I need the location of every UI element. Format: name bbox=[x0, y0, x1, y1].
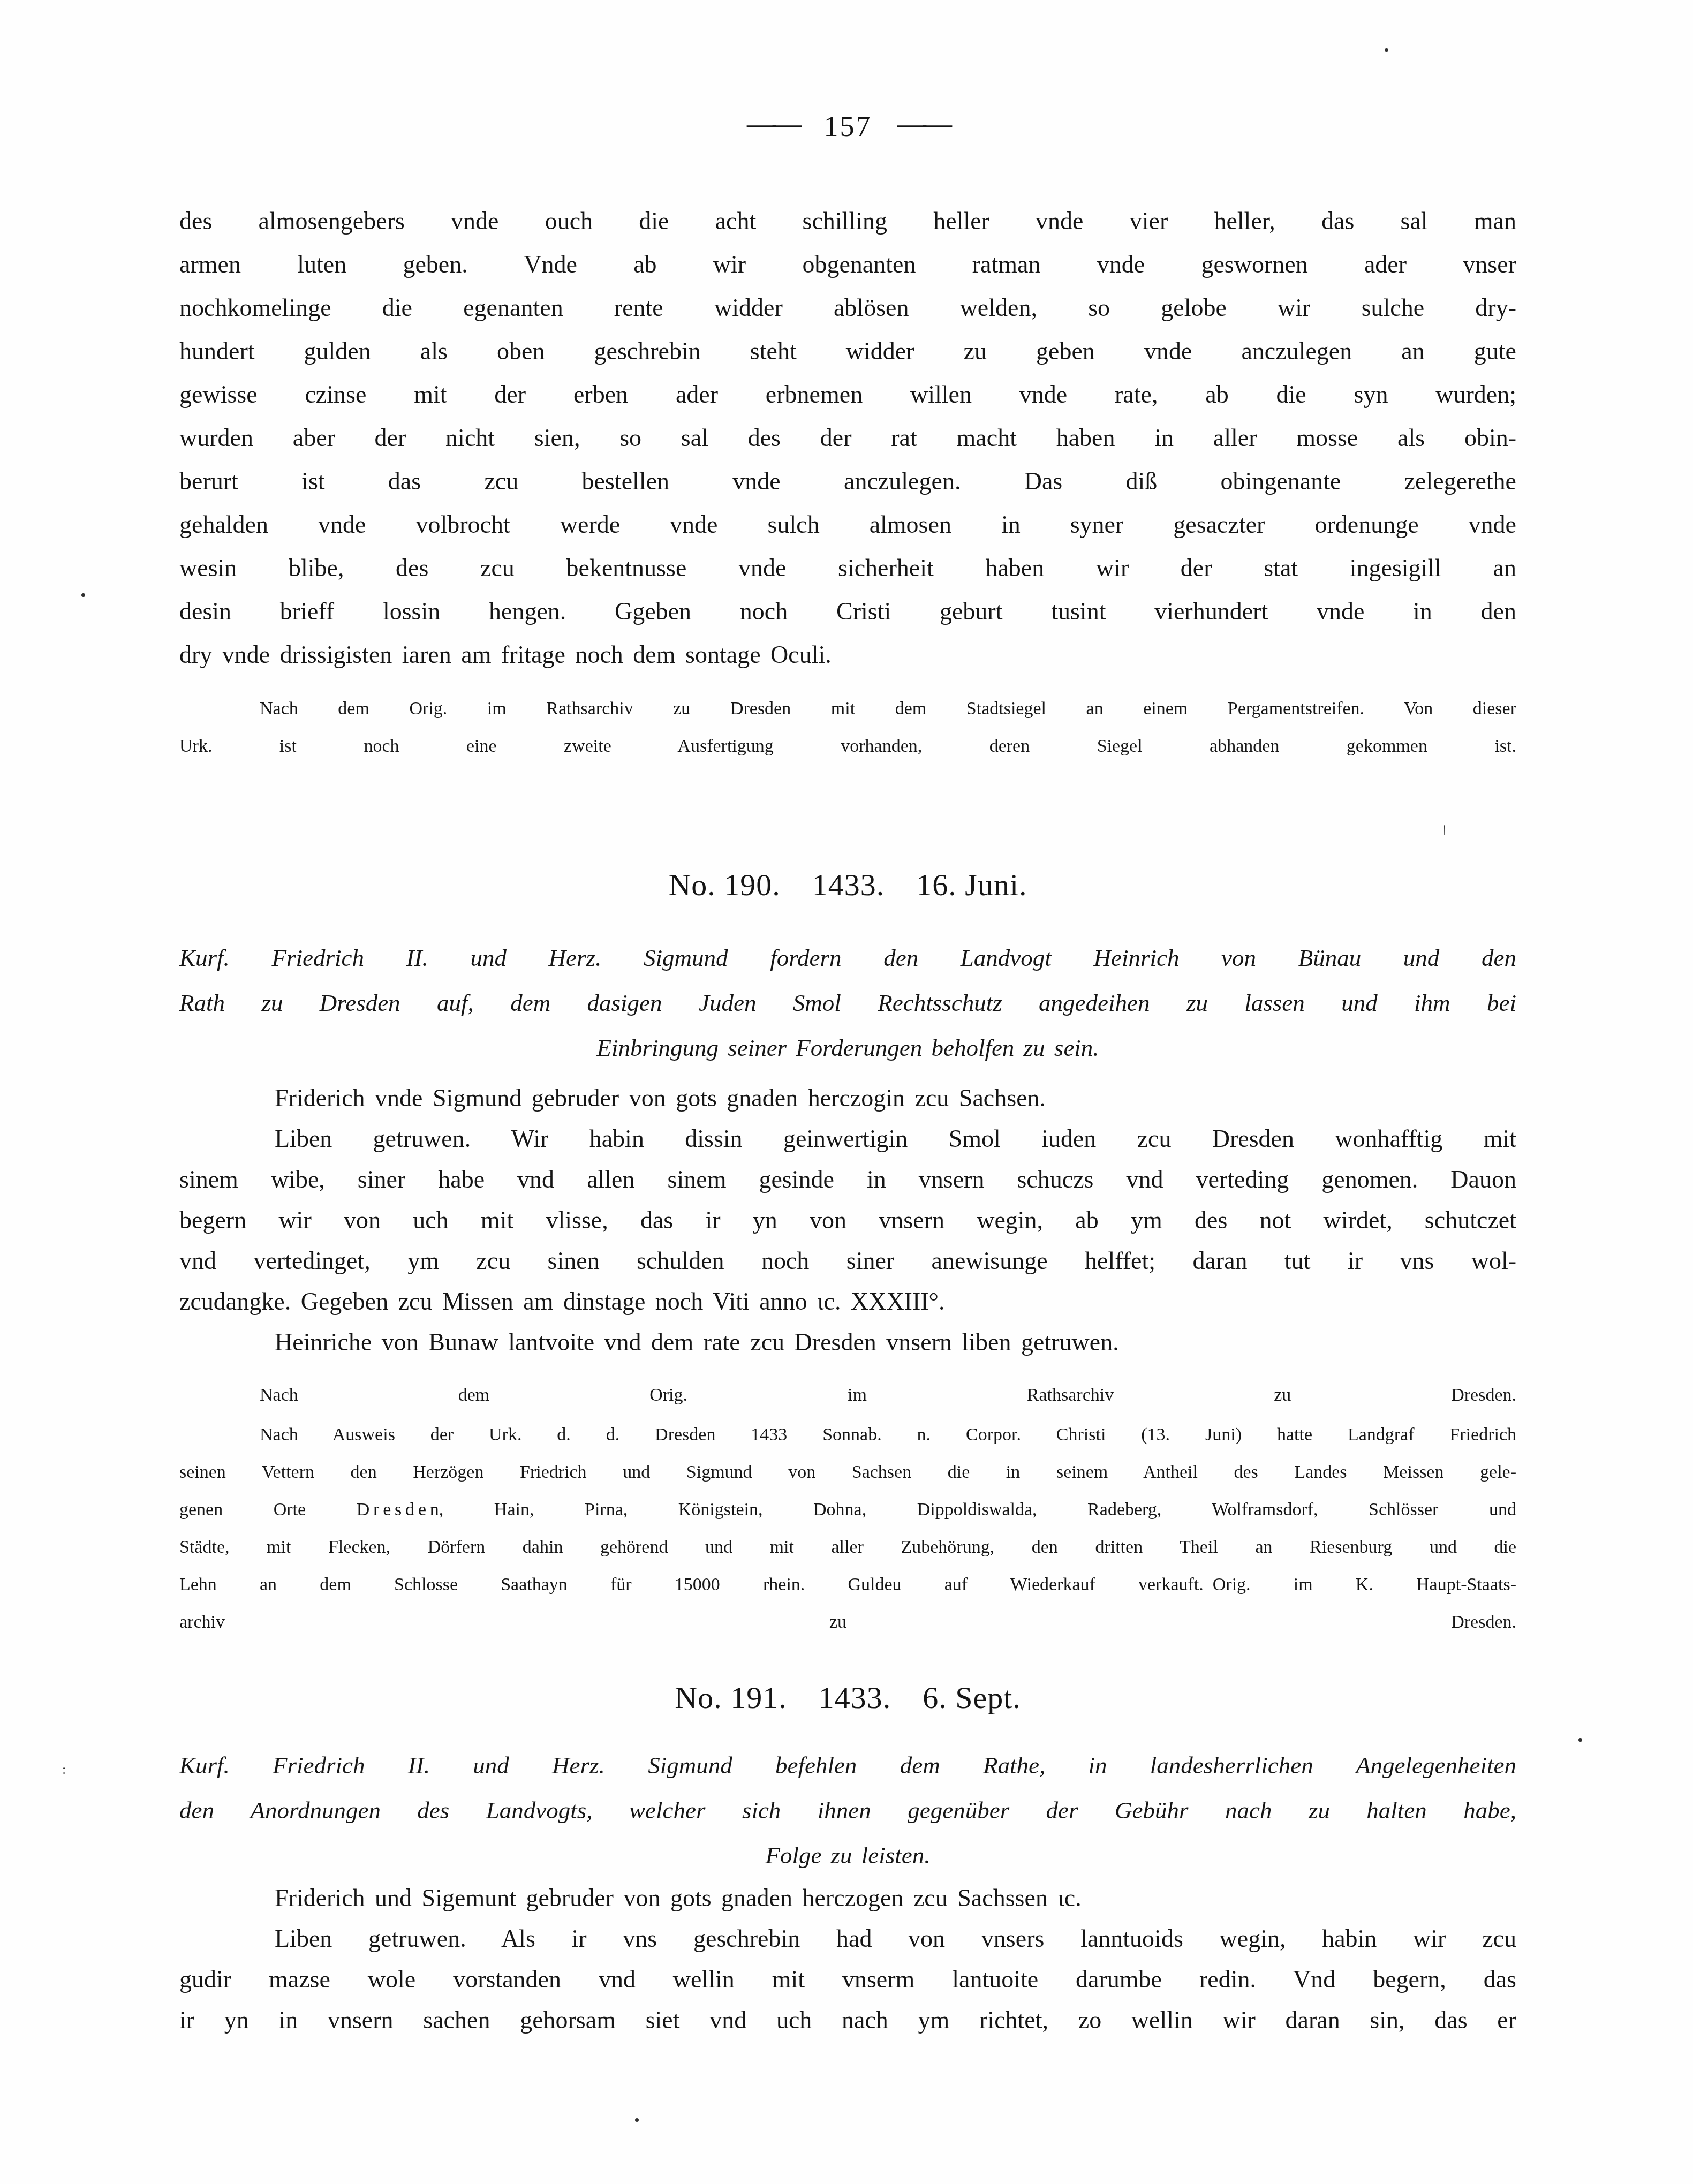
text-line: sinem wibe, siner habe vnd allen sinem g… bbox=[179, 1159, 1516, 1200]
scan-speck bbox=[1578, 1738, 1582, 1742]
text-line: gudir mazse wole vorstanden vnd wellin m… bbox=[179, 1959, 1516, 2000]
text-line: dry vnde drissigisten iaren am fritage n… bbox=[179, 633, 1516, 676]
scan-speck bbox=[1385, 48, 1388, 52]
note-line: genen Orte D r e s d e n, Hain, Pirna, K… bbox=[179, 1491, 1516, 1529]
address-line: Heinriche von Bunaw lantvoite vnd dem ra… bbox=[179, 1322, 1516, 1363]
summary-line: Rath zu Dresden auf, dem dasigen Juden S… bbox=[179, 980, 1516, 1025]
text-line: vnd vertedinget, ym zcu sinen schulden n… bbox=[179, 1241, 1516, 1281]
scan-speck bbox=[81, 593, 85, 597]
entry-heading-190: No. 190. 1433. 16. Juni. bbox=[179, 866, 1516, 904]
text-line: gehalden vnde volbrocht werde vnde sulch… bbox=[179, 503, 1516, 546]
salutation-line: Friderich und Sigemunt gebruder von gots… bbox=[179, 1878, 1516, 1918]
text-line: wesin blibe, des zcu bekentnusse vnde si… bbox=[179, 546, 1516, 590]
text-line: begern wir von uch mit vlisse, das ir yn… bbox=[179, 1200, 1516, 1241]
summary-line: Kurf. Friedrich II. und Herz. Sigmund fo… bbox=[179, 935, 1516, 980]
text-line: Liben getruwen. Wir habin dissin geinwer… bbox=[179, 1119, 1516, 1159]
entry-191-body: Friderich und Sigemunt gebruder von gots… bbox=[179, 1878, 1516, 2041]
text-line: zcudangke. Gegeben zcu Missen am dinstag… bbox=[179, 1281, 1516, 1322]
note-line: Lehn an dem Schlosse Saathayn für 15000 … bbox=[179, 1566, 1516, 1604]
text-line: nochkomelinge die egenanten rente widder… bbox=[179, 286, 1516, 329]
summary-line: Folge zu leisten. bbox=[179, 1833, 1516, 1878]
scan-speck bbox=[635, 2118, 639, 2122]
scan-speck: \ bbox=[1440, 823, 1448, 838]
text-line: hundert gulden als oben geschrebin steht… bbox=[179, 329, 1516, 373]
note-line: Nach Ausweis der Urk. d. d. Dresden 1433… bbox=[179, 1416, 1516, 1454]
entry-190-summary: Kurf. Friedrich II. und Herz. Sigmund fo… bbox=[179, 935, 1516, 1070]
text-line: berurt ist das zcu bestellen vnde anczul… bbox=[179, 459, 1516, 503]
entry-heading-191: No. 191. 1433. 6. Sept. bbox=[179, 1679, 1516, 1717]
note-line: Nach dem Orig. im Rathsarchiv zu Dresden… bbox=[179, 690, 1516, 728]
entry-190-body: Friderich vnde Sigmund gebruder von gots… bbox=[179, 1078, 1516, 1363]
text-line: desin brieff lossin hengen. Ggeben noch … bbox=[179, 590, 1516, 633]
text-line: des almosengebers vnde ouch die acht sch… bbox=[179, 199, 1516, 243]
note-line: archiv zu Dresden. bbox=[179, 1604, 1516, 1641]
note-line: seinen Vettern den Herzögen Friedrich un… bbox=[179, 1454, 1516, 1491]
archival-note: Nach dem Orig. im Rathsarchiv zu Dresden… bbox=[179, 690, 1516, 765]
scan-speck: : bbox=[62, 1763, 66, 1777]
note-line: Städte, mit Flecken, Dörfern dahin gehör… bbox=[179, 1529, 1516, 1566]
text-line: wurden aber der nicht sien, so sal des d… bbox=[179, 416, 1516, 459]
header-dash-left: —— bbox=[747, 107, 798, 139]
summary-line: den Anordnungen des Landvogts, welcher s… bbox=[179, 1788, 1516, 1833]
text-line: armen luten geben. Vnde ab wir obgenante… bbox=[179, 243, 1516, 286]
note-line: Urk. ist noch eine zweite Ausfertigung v… bbox=[179, 728, 1516, 765]
salutation-line: Friderich vnde Sigmund gebruder von gots… bbox=[179, 1078, 1516, 1119]
text-line: Liben getruwen. Als ir vns geschrebin ha… bbox=[179, 1918, 1516, 1959]
text-line: gewisse czinse mit der erben ader erbnem… bbox=[179, 373, 1516, 416]
entry-191-summary: Kurf. Friedrich II. und Herz. Sigmund be… bbox=[179, 1743, 1516, 1878]
header-dash-right: —— bbox=[897, 107, 949, 139]
page-header: —— 157 —— bbox=[179, 110, 1516, 143]
text-line: ir yn in vnsern sachen gehorsam siet vnd… bbox=[179, 2000, 1516, 2041]
summary-line: Kurf. Friedrich II. und Herz. Sigmund be… bbox=[179, 1743, 1516, 1788]
scanned-document-page: —— 157 —— des almosengebers vnde ouch di… bbox=[0, 0, 1693, 2184]
page-number: 157 bbox=[824, 110, 872, 142]
summary-line: Einbringung seiner Forderungen beholfen … bbox=[179, 1025, 1516, 1070]
note-line: Nach dem Orig. im Rathsarchiv zu Dresden… bbox=[179, 1377, 1516, 1414]
entry-190-notes: Nach dem Orig. im Rathsarchiv zu Dresden… bbox=[179, 1377, 1516, 1641]
intro-paragraph: des almosengebers vnde ouch die acht sch… bbox=[179, 199, 1516, 676]
